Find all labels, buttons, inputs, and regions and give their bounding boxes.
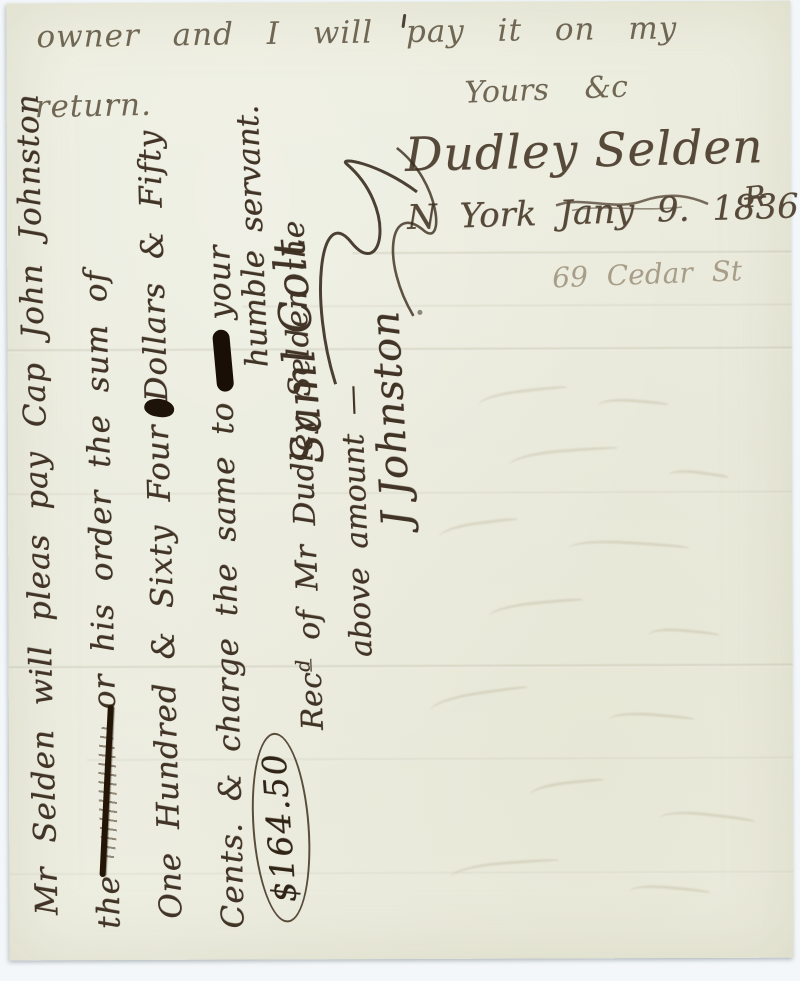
note-line-3-start: One Hundred & Sixty Four <box>140 424 190 919</box>
circled-amount: $164.50 <box>246 730 317 924</box>
note-line-3-end: Dollars & Fifty <box>132 129 176 402</box>
struck-out-words <box>91 717 124 868</box>
note-line-2-start: the <box>90 875 127 930</box>
bleedthrough-mark <box>508 445 619 468</box>
receipt-recd-superscript: d <box>292 659 314 673</box>
bleedthrough-mark <box>449 858 560 881</box>
street-address: 69 Cedar St <box>552 254 743 294</box>
bleedthrough-mark <box>608 710 694 730</box>
letter-closing: Yours &c <box>464 70 629 111</box>
selden-signature: Dudley Selden <box>404 119 764 183</box>
scanned-letter-page: owner and I will pay it on my return. Yo… <box>0 0 800 981</box>
bleedthrough-mark <box>597 396 668 414</box>
bleedthrough-mark <box>629 882 710 902</box>
letter-body-line: owner and I will pay it on my <box>36 10 677 55</box>
bleedthrough-mark <box>488 597 584 619</box>
note-line-2: theor his order the sum of <box>78 270 128 930</box>
bleedthrough-mark <box>668 467 729 486</box>
note-line-3: One Hundred & Sixty FourDollars & Fifty <box>132 129 190 919</box>
bleedthrough-mark <box>648 626 719 645</box>
receipt-recd: Rec <box>294 671 331 731</box>
blotted-out-word <box>212 329 235 392</box>
note-line-1: Mr Selden will pleas pay Cap John Johnst… <box>9 93 65 916</box>
letter-body-line: return. <box>34 87 152 125</box>
note-line-4-start: Cents. & charge the same to <box>205 401 252 929</box>
johnston-signature-flourish <box>379 142 450 322</box>
note-line-4-end: your <box>201 244 239 320</box>
paper-sheet: owner and I will pay it on my return. Yo… <box>6 1 793 961</box>
bleedthrough-mark <box>477 385 568 408</box>
dateline: N York Jany 9. 1836 <box>406 186 799 238</box>
bleedthrough-mark <box>568 537 689 559</box>
rotated-payment-note: Mr Selden will pleas pay Cap John Johnst… <box>27 152 460 953</box>
bleedthrough-mark <box>659 807 755 832</box>
note-line-2-end: or his order the sum of <box>78 270 123 710</box>
bleedthrough-mark <box>529 777 605 797</box>
